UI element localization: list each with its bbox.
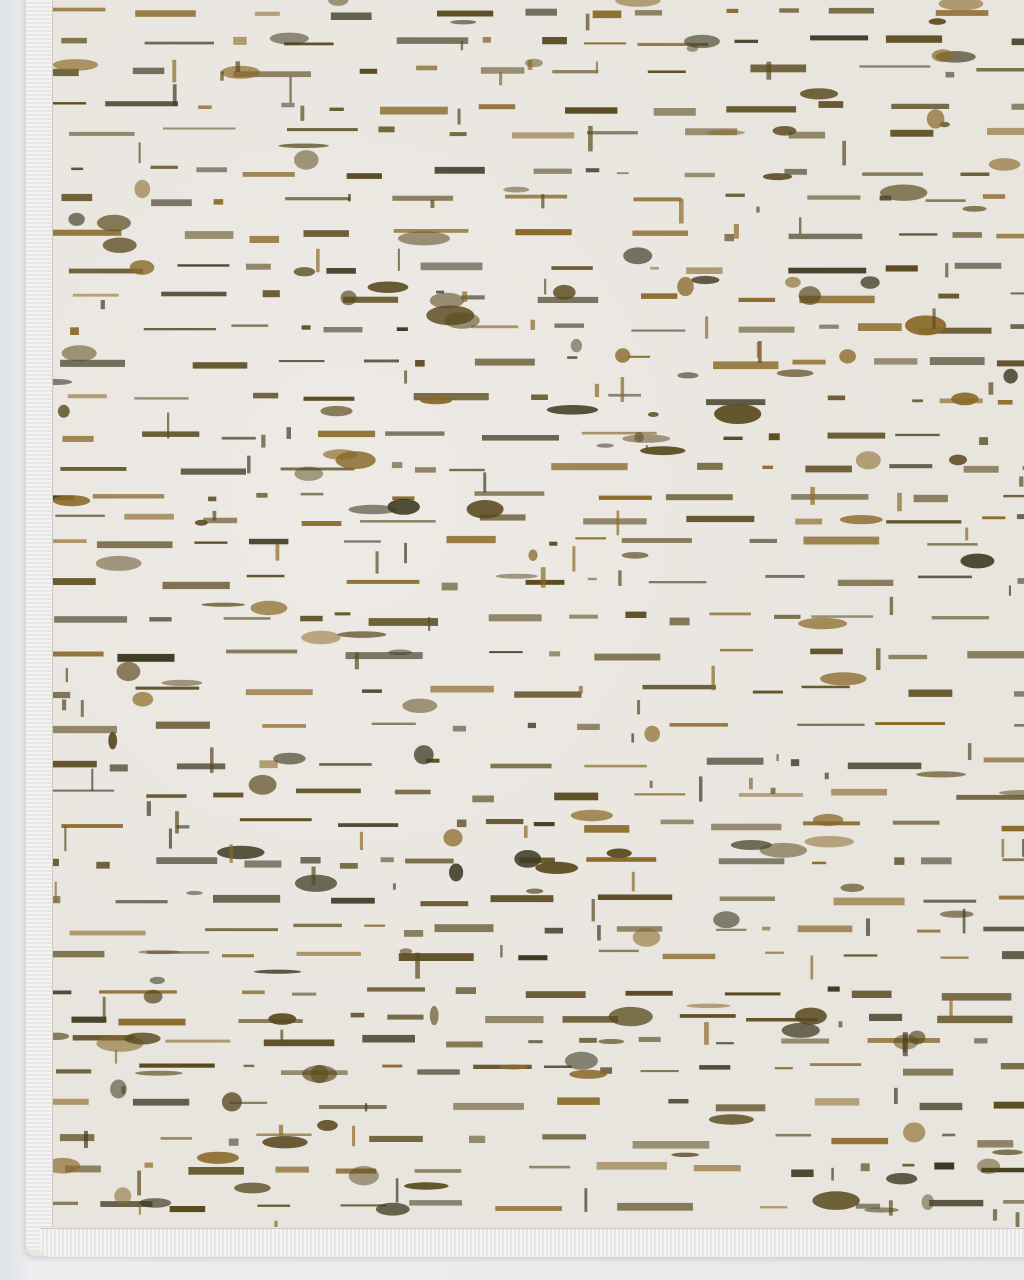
rug-edge-binding-bottom	[40, 1228, 1024, 1257]
rug-edge-binding-left	[26, 0, 53, 1250]
rug-pattern-field	[53, 0, 1024, 1227]
distressed-pattern	[53, 0, 1024, 1227]
